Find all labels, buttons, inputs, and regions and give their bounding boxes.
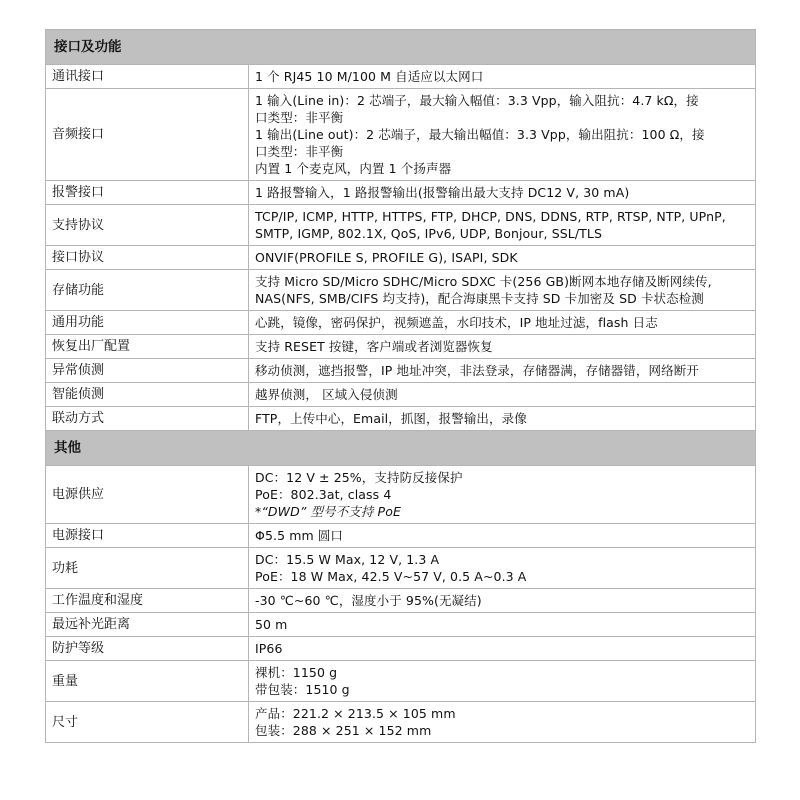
spec-value-line: DC：12 V ± 25%，支持防反接保护	[255, 469, 749, 486]
spec-value-line: NAS(NFS, SMB/CIFS 均支持)，配合海康黑卡支持 SD 卡加密及 …	[255, 290, 749, 307]
spec-value-line: FTP，上传中心，Email，抓图，报警输出，录像	[255, 410, 749, 427]
spec-value: 支持 Micro SD/Micro SDHC/Micro SDXC 卡(256 …	[249, 270, 756, 311]
spec-value-line: 越界侦测， 区域入侵侦测	[255, 386, 749, 403]
spec-value: ONVIF(PROFILE S, PROFILE G), ISAPI, SDK	[249, 246, 756, 270]
spec-row: 通用功能心跳，镜像，密码保护，视频遮盖，水印技术，IP 地址过滤，flash 日…	[46, 311, 756, 335]
spec-value-line: 裸机：1150 g	[255, 664, 749, 681]
spec-key: 异常侦测	[46, 359, 249, 383]
section-title: 接口及功能	[46, 30, 756, 65]
spec-row: 功耗DC：15.5 W Max, 12 V, 1.3 APoE：18 W Max…	[46, 548, 756, 589]
spec-value: 1 输入(Line in)：2 芯端子，最大输入幅值：3.3 Vpp，输入阻抗：…	[249, 89, 756, 181]
spec-value-line: 1 输出(Line out)：2 芯端子，最大输出幅值：3.3 Vpp，输出阻抗…	[255, 126, 749, 143]
spec-value: -30 ℃~60 ℃，湿度小于 95%(无凝结)	[249, 589, 756, 613]
spec-row: 音频接口1 输入(Line in)：2 芯端子，最大输入幅值：3.3 Vpp，输…	[46, 89, 756, 181]
spec-row: 工作温度和湿度-30 ℃~60 ℃，湿度小于 95%(无凝结)	[46, 589, 756, 613]
spec-key: 存储功能	[46, 270, 249, 311]
spec-row: 存储功能支持 Micro SD/Micro SDHC/Micro SDXC 卡(…	[46, 270, 756, 311]
spec-key: 报警接口	[46, 181, 249, 205]
spec-key: 防护等级	[46, 637, 249, 661]
spec-row: 接口协议ONVIF(PROFILE S, PROFILE G), ISAPI, …	[46, 246, 756, 270]
spec-key: 智能侦测	[46, 383, 249, 407]
spec-row: 通讯接口1 个 RJ45 10 M/100 M 自适应以太网口	[46, 65, 756, 89]
section-header: 接口及功能	[46, 30, 756, 65]
spec-value-line: 心跳，镜像，密码保护，视频遮盖，水印技术，IP 地址过滤，flash 日志	[255, 314, 749, 331]
spec-value: 越界侦测， 区域入侵侦测	[249, 383, 756, 407]
spec-value-line: ONVIF(PROFILE S, PROFILE G), ISAPI, SDK	[255, 249, 749, 266]
spec-value: FTP，上传中心，Email，抓图，报警输出，录像	[249, 407, 756, 431]
spec-key: 电源供应	[46, 466, 249, 524]
spec-key: 重量	[46, 661, 249, 702]
spec-value: TCP/IP, ICMP, HTTP, HTTPS, FTP, DHCP, DN…	[249, 205, 756, 246]
spec-value: DC：15.5 W Max, 12 V, 1.3 APoE：18 W Max, …	[249, 548, 756, 589]
spec-value-line: 支持 RESET 按键，客户端或者浏览器恢复	[255, 338, 749, 355]
spec-key: 功耗	[46, 548, 249, 589]
spec-row: 异常侦测移动侦测，遮挡报警，IP 地址冲突，非法登录，存储器满，存储器错，网络断…	[46, 359, 756, 383]
spec-value: IP66	[249, 637, 756, 661]
spec-key: 通用功能	[46, 311, 249, 335]
spec-value-line: 内置 1 个麦克风，内置 1 个扬声器	[255, 160, 749, 177]
spec-value-line: IP66	[255, 640, 749, 657]
section-header: 其他	[46, 431, 756, 466]
spec-value-line: 口类型：非平衡	[255, 143, 749, 160]
spec-value-line: PoE：18 W Max, 42.5 V~57 V, 0.5 A~0.3 A	[255, 568, 749, 585]
spec-value: 支持 RESET 按键，客户端或者浏览器恢复	[249, 335, 756, 359]
spec-value-line: SMTP, IGMP, 802.1X, QoS, IPv6, UDP, Bonj…	[255, 225, 749, 242]
spec-value: 50 m	[249, 613, 756, 637]
spec-row: 最远补光距离50 m	[46, 613, 756, 637]
spec-key: 音频接口	[46, 89, 249, 181]
spec-row: 联动方式FTP，上传中心，Email，抓图，报警输出，录像	[46, 407, 756, 431]
spec-key: 联动方式	[46, 407, 249, 431]
spec-value-line: -30 ℃~60 ℃，湿度小于 95%(无凝结)	[255, 592, 749, 609]
spec-row: 尺寸产品：221.2 × 213.5 × 105 mm包装：288 × 251 …	[46, 702, 756, 743]
spec-key: 电源接口	[46, 524, 249, 548]
spec-value: 1 路报警输入，1 路报警输出(报警输出最大支持 DC12 V, 30 mA)	[249, 181, 756, 205]
spec-value: Φ5.5 mm 圆口	[249, 524, 756, 548]
spec-key: 通讯接口	[46, 65, 249, 89]
spec-note: *“DWD” 型号不支持 PoE	[255, 503, 749, 520]
spec-value-line: TCP/IP, ICMP, HTTP, HTTPS, FTP, DHCP, DN…	[255, 208, 749, 225]
spec-key: 最远补光距离	[46, 613, 249, 637]
spec-value-line: 1 路报警输入，1 路报警输出(报警输出最大支持 DC12 V, 30 mA)	[255, 184, 749, 201]
spec-row: 重量裸机：1150 g带包装：1510 g	[46, 661, 756, 702]
spec-value-line: 产品：221.2 × 213.5 × 105 mm	[255, 705, 749, 722]
spec-value-line: 1 个 RJ45 10 M/100 M 自适应以太网口	[255, 68, 749, 85]
spec-value: 裸机：1150 g带包装：1510 g	[249, 661, 756, 702]
spec-value: 移动侦测，遮挡报警，IP 地址冲突，非法登录，存储器满，存储器错，网络断开	[249, 359, 756, 383]
spec-key: 尺寸	[46, 702, 249, 743]
spec-key: 支持协议	[46, 205, 249, 246]
spec-key: 接口协议	[46, 246, 249, 270]
spec-value-line: DC：15.5 W Max, 12 V, 1.3 A	[255, 551, 749, 568]
spec-row: 防护等级IP66	[46, 637, 756, 661]
spec-value-line: 包装：288 × 251 × 152 mm	[255, 722, 749, 739]
spec-key: 工作温度和湿度	[46, 589, 249, 613]
spec-value-line: Φ5.5 mm 圆口	[255, 527, 749, 544]
spec-row: 报警接口1 路报警输入，1 路报警输出(报警输出最大支持 DC12 V, 30 …	[46, 181, 756, 205]
spec-value: 1 个 RJ45 10 M/100 M 自适应以太网口	[249, 65, 756, 89]
spec-value-line: 1 输入(Line in)：2 芯端子，最大输入幅值：3.3 Vpp，输入阻抗：…	[255, 92, 749, 109]
section-title: 其他	[46, 431, 756, 466]
spec-value-line: 50 m	[255, 616, 749, 633]
spec-row: 恢复出厂配置支持 RESET 按键，客户端或者浏览器恢复	[46, 335, 756, 359]
spec-row: 电源供应DC：12 V ± 25%，支持防反接保护PoE：802.3at, cl…	[46, 466, 756, 524]
spec-row: 支持协议TCP/IP, ICMP, HTTP, HTTPS, FTP, DHCP…	[46, 205, 756, 246]
spec-value: 产品：221.2 × 213.5 × 105 mm包装：288 × 251 × …	[249, 702, 756, 743]
spec-row: 电源接口Φ5.5 mm 圆口	[46, 524, 756, 548]
spec-value: DC：12 V ± 25%，支持防反接保护PoE：802.3at, class …	[249, 466, 756, 524]
spec-value-line: 口类型：非平衡	[255, 109, 749, 126]
spec-key: 恢复出厂配置	[46, 335, 249, 359]
spec-value-line: 支持 Micro SD/Micro SDHC/Micro SDXC 卡(256 …	[255, 273, 749, 290]
spec-value: 心跳，镜像，密码保护，视频遮盖，水印技术，IP 地址过滤，flash 日志	[249, 311, 756, 335]
spec-value-line: 带包装：1510 g	[255, 681, 749, 698]
spec-row: 智能侦测越界侦测， 区域入侵侦测	[46, 383, 756, 407]
spec-value-line: PoE：802.3at, class 4	[255, 486, 749, 503]
spec-table: 接口及功能通讯接口1 个 RJ45 10 M/100 M 自适应以太网口音频接口…	[45, 29, 756, 743]
spec-value-line: 移动侦测，遮挡报警，IP 地址冲突，非法登录，存储器满，存储器错，网络断开	[255, 362, 749, 379]
